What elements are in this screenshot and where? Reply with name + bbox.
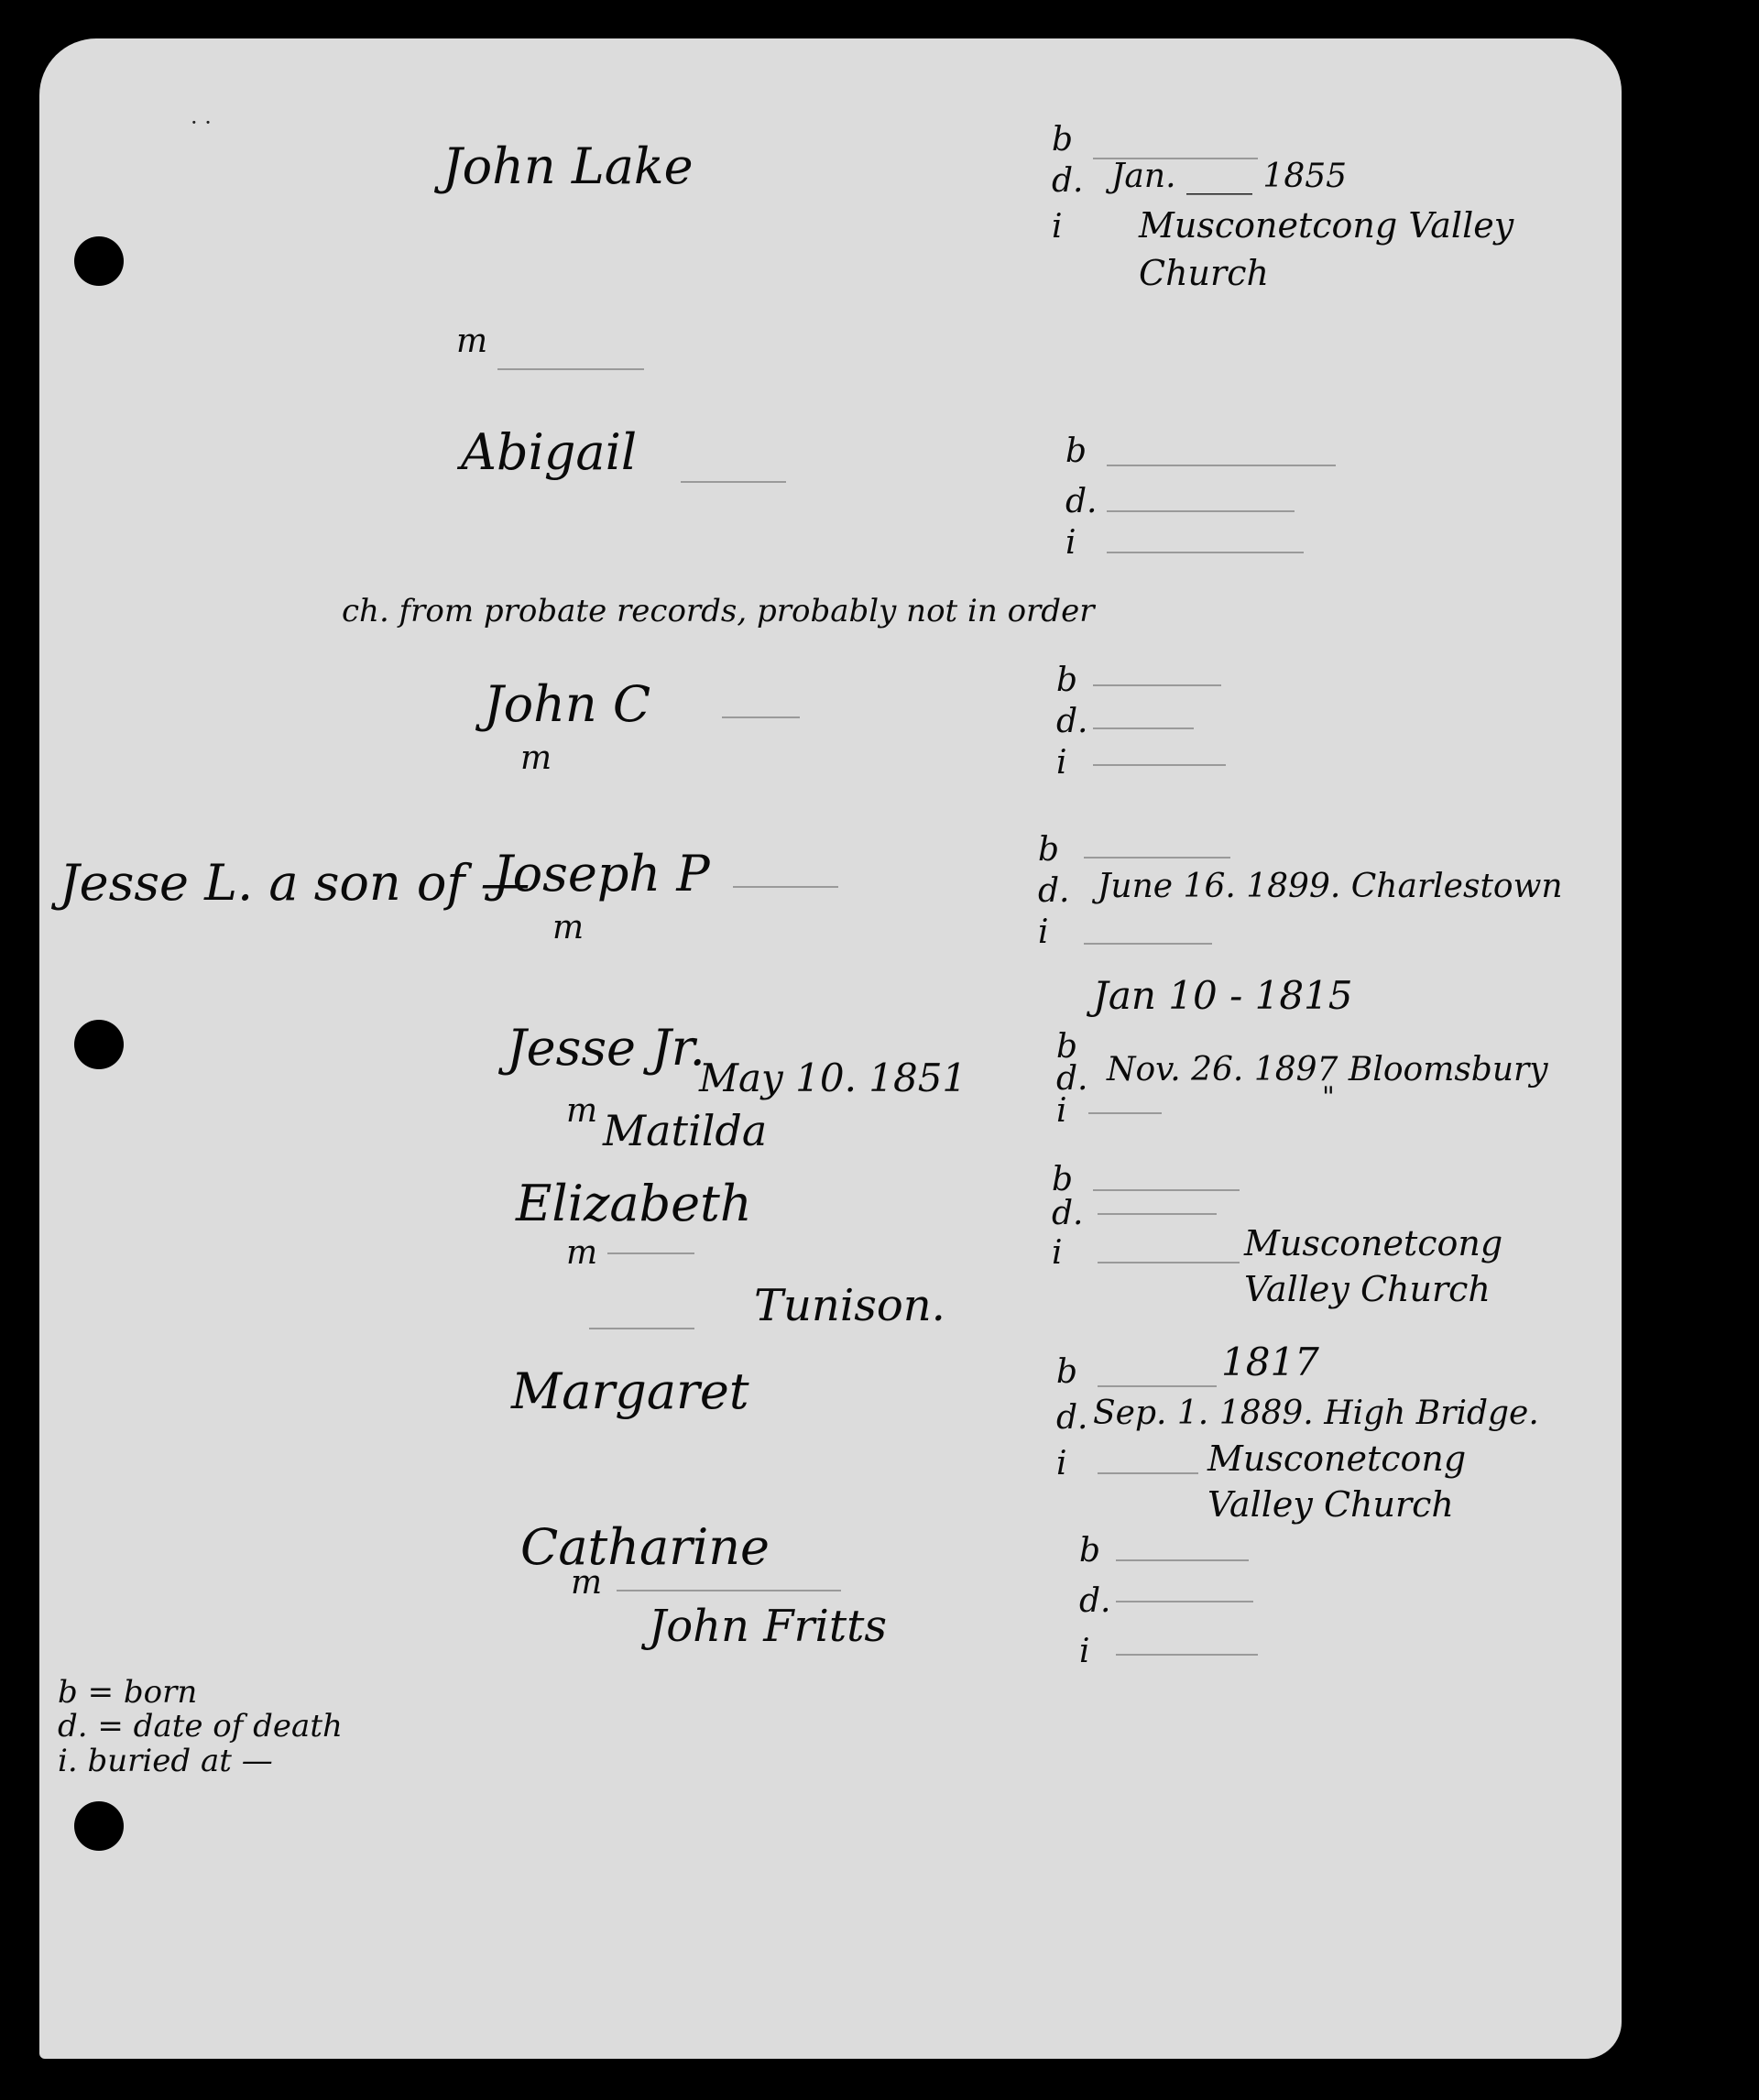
head-d-label: d. — [1052, 162, 1084, 200]
child-name-elizabeth: Elizabeth — [516, 1175, 752, 1232]
spouse-d-label: d. — [1065, 483, 1098, 520]
child-catharine-b-line — [1116, 1559, 1249, 1561]
child-joseph-p-d-value: June 16. 1899. Charlestown — [1098, 868, 1563, 905]
child-name-catharine: Catharine — [520, 1518, 770, 1576]
child-jesse-jr-i-value: " — [1322, 1081, 1335, 1113]
head-i-value: Musconetcong Valley Church — [1139, 202, 1579, 297]
child-john-c-d-label: d. — [1056, 703, 1088, 740]
child-elizabeth-spouse-surname: Tunison. — [754, 1280, 945, 1331]
child-joseph-p-b-label: b — [1038, 831, 1059, 869]
child-elizabeth-b-label: b — [1052, 1161, 1073, 1198]
child-name-joseph-p: Joseph P — [493, 845, 710, 902]
head-i-label: i — [1052, 208, 1063, 246]
child-catharine-spouse: John Fritts — [649, 1601, 887, 1652]
child-margaret-b-line — [1098, 1385, 1217, 1387]
child-john-c-i-line — [1093, 764, 1226, 766]
legend-death: d. = date of death — [58, 1708, 343, 1745]
head-b-label: b — [1052, 121, 1073, 159]
child-john-c-i-label: i — [1056, 744, 1067, 782]
child-elizabeth-b-line — [1093, 1189, 1240, 1191]
document-page: · · John Lake b d. Jan. ____ 1855 i Musc… — [39, 38, 1622, 2059]
child-name-margaret: Margaret — [511, 1362, 749, 1420]
child-margaret-i-label: i — [1056, 1445, 1067, 1482]
child-elizabeth-spouse-line — [589, 1328, 694, 1329]
punch-hole-bottom — [74, 1801, 124, 1851]
side-note-jesse-l: Jesse L. a son of — — [60, 854, 530, 912]
child-elizabeth-d-label: d. — [1052, 1195, 1084, 1232]
spouse-d-line — [1107, 510, 1295, 512]
punch-hole-middle — [74, 1020, 124, 1069]
child-elizabeth-d-line — [1098, 1213, 1217, 1215]
child-john-c-line — [722, 716, 800, 718]
spouse-b-line — [1107, 465, 1336, 466]
child-joseph-p-b-line — [1084, 857, 1230, 859]
child-catharine-m-label: m — [571, 1564, 602, 1602]
child-jesse-jr-spouse: Matilda — [603, 1106, 767, 1155]
child-catharine-d-line — [1116, 1601, 1253, 1602]
child-elizabeth-i-label: i — [1052, 1234, 1063, 1272]
spouse-i-line — [1107, 552, 1304, 553]
child-elizabeth-m-line — [607, 1252, 694, 1254]
head-m-label: m — [456, 323, 487, 360]
spouse-line — [681, 481, 786, 483]
child-jesse-jr-b-value: Jan 10 - 1815 — [1093, 973, 1353, 1018]
child-name-jesse-jr: Jesse Jr. — [507, 1019, 705, 1077]
child-john-c-b-label: b — [1056, 662, 1077, 699]
child-jesse-jr-i-label: i — [1056, 1092, 1067, 1130]
child-joseph-p-d-label: d. — [1038, 872, 1070, 910]
child-catharine-i-line — [1116, 1654, 1258, 1656]
child-john-c-d-line — [1093, 727, 1194, 729]
child-joseph-p-i-label: i — [1038, 913, 1049, 951]
legend-born: b = born — [58, 1674, 197, 1711]
child-margaret-b-value: 1817 — [1221, 1340, 1319, 1384]
child-joseph-p-i-line — [1084, 943, 1212, 945]
child-john-c-b-line — [1093, 684, 1221, 686]
child-margaret-i-value: Musconetcong Valley Church — [1207, 1436, 1519, 1527]
child-elizabeth-i-value: Musconetcong Valley Church — [1244, 1220, 1574, 1312]
stray-mark: · · — [191, 110, 212, 136]
child-catharine-b-label: b — [1079, 1532, 1100, 1570]
spouse-i-label: i — [1065, 524, 1076, 562]
child-margaret-d-value: Sep. 1. 1889. High Bridge. — [1093, 1395, 1539, 1432]
child-margaret-d-label: d. — [1056, 1399, 1088, 1437]
child-jesse-jr-i-line — [1088, 1112, 1162, 1114]
head-name: John Lake — [442, 137, 694, 195]
spouse-name: Abigail — [461, 423, 637, 481]
head-m-line — [497, 368, 644, 370]
child-catharine-d-label: d. — [1079, 1582, 1111, 1620]
punch-hole-top — [74, 236, 124, 286]
legend-buried: i. buried at — — [58, 1743, 273, 1779]
children-note: ch. from probate records, probably not i… — [342, 593, 1094, 629]
child-jesse-jr-born-note: May 10. 1851 — [699, 1055, 967, 1100]
child-margaret-i-line — [1098, 1472, 1198, 1474]
child-name-john-c: John C — [484, 675, 650, 733]
child-catharine-m-line — [617, 1590, 841, 1591]
child-catharine-i-label: i — [1079, 1633, 1090, 1670]
child-jesse-jr-m-label: m — [566, 1092, 597, 1130]
child-joseph-p-line — [733, 886, 838, 888]
head-d-value: Jan. ____ 1855 — [1111, 158, 1347, 195]
child-joseph-p-m-label: m — [552, 909, 584, 946]
child-margaret-b-label: b — [1056, 1353, 1077, 1391]
spouse-b-label: b — [1065, 432, 1087, 470]
child-elizabeth-m-label: m — [566, 1234, 597, 1272]
child-john-c-m-label: m — [520, 739, 552, 777]
child-elizabeth-i-line — [1098, 1262, 1240, 1263]
